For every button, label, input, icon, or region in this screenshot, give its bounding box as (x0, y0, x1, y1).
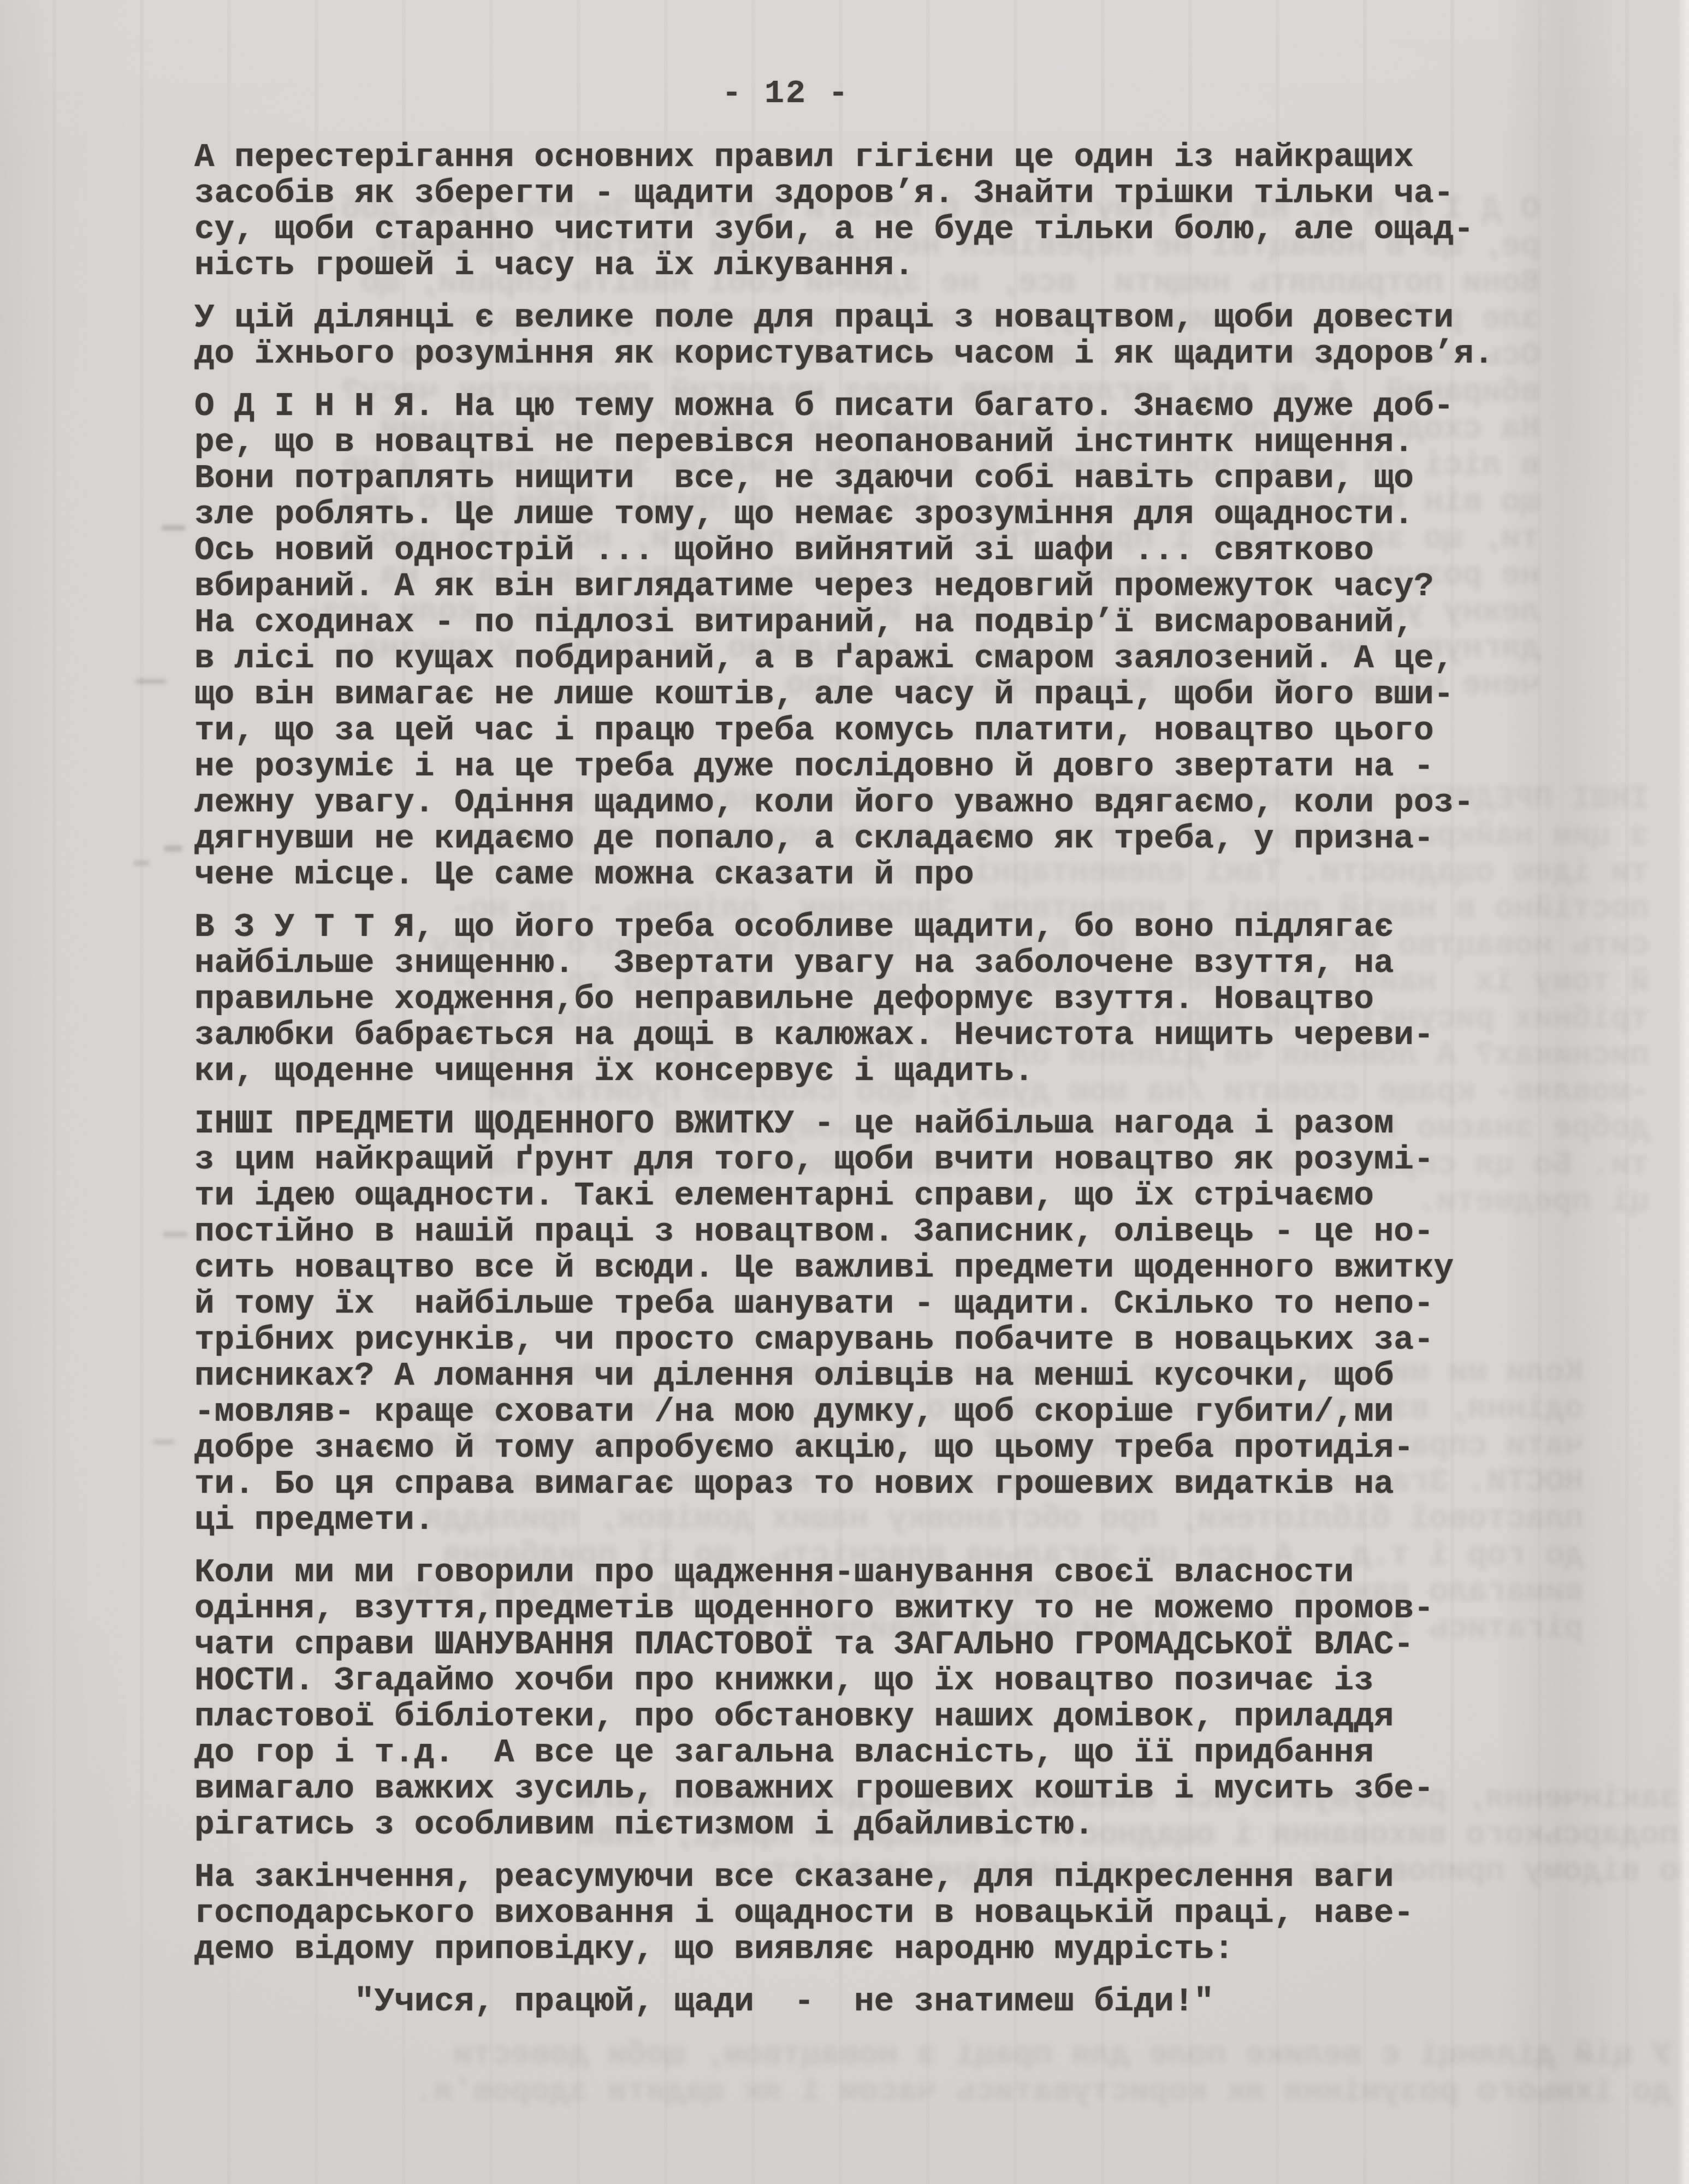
ink-speckle (164, 845, 182, 852)
paragraph-clothing: О Д І Н Н Я. На цю тему можна б писати б… (194, 389, 1549, 893)
proverb-quote: "Учися, працюй, щади - не знатимеш біди!… (194, 1984, 1549, 2020)
paragraph-footwear: В З У Т Т Я, що його треба особливе щади… (194, 910, 1549, 1090)
ink-speckle (133, 860, 150, 866)
paragraph-hygiene: А перестерігання основних правил гігієни… (194, 140, 1549, 284)
scan-edge-highlight (1677, 0, 1689, 2184)
page-number: - 12 - (722, 75, 850, 112)
ink-speckle (163, 1232, 188, 1237)
ink-speckle (135, 679, 166, 684)
paragraph-work-field: У цій ділянці є велике поле для праці з … (194, 300, 1549, 372)
paragraph-plast-property: Коли ми ми говорили про щадження-шануван… (194, 1555, 1549, 1843)
ink-speckle (162, 525, 186, 531)
page-body-text: А перестерігання основних правил гігієни… (194, 140, 1549, 2020)
ink-speckle (153, 1439, 175, 1445)
paragraph-everyday-items: ІНШІ ПРЕДМЕТИ ЩОДЕННОГО ВЖИТКУ - це найб… (194, 1106, 1549, 1539)
paragraph-conclusion: На закінчення, реасумуючи все сказане, д… (194, 1860, 1549, 1968)
scanned-document-page: { "scan": { "paper_color": "#d5d4d1", "i… (0, 0, 1689, 2184)
